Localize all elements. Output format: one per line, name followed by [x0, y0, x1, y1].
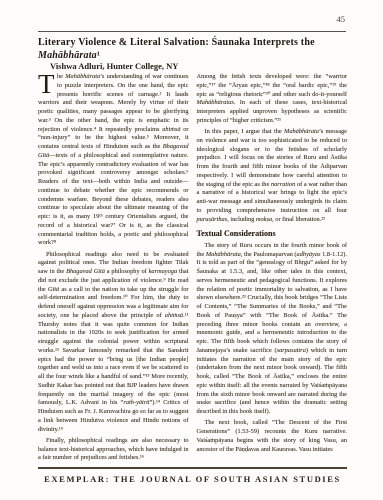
paragraph: The next book, called “The Descent of th… [197, 419, 348, 454]
paragraph: Finally, philosophical readings are also… [38, 437, 189, 463]
drop-cap: T [38, 73, 57, 97]
page-number: 45 [337, 14, 346, 24]
scanned-paper-page: 45 Literary Violence & Literal Salvation… [0, 0, 383, 500]
journal-footer: EXEMPLAR: THE JOURNAL OF SOUTH ASIAN STU… [38, 467, 347, 484]
paragraph: In this paper, I argue that the Mahābhār… [197, 128, 348, 224]
article-title: Literary Violence & Literal Salvation: Ś… [38, 37, 350, 62]
paragraph: Among the fetish texts developed were: t… [197, 73, 348, 126]
paragraph: Philosophical readings also need to be e… [38, 251, 189, 435]
paragraph: The story of Ruru occurs in the fourth m… [197, 242, 348, 417]
header-rule [38, 31, 346, 32]
article-body: The Mahābhārata’s understanding of war c… [38, 73, 347, 463]
paragraph: The Mahābhārata’s understanding of war c… [38, 73, 189, 248]
paragraph-text: he Mahābhārata’s understanding of war co… [38, 73, 189, 246]
article-author: Vishwa Adluri, Hunter College, NY [50, 61, 178, 71]
column-right: Among the fetish texts developed were: t… [197, 73, 348, 463]
section-heading-textual-considerations: Textual Considerations [197, 229, 348, 239]
column-left: The Mahābhārata’s understanding of war c… [38, 73, 189, 463]
